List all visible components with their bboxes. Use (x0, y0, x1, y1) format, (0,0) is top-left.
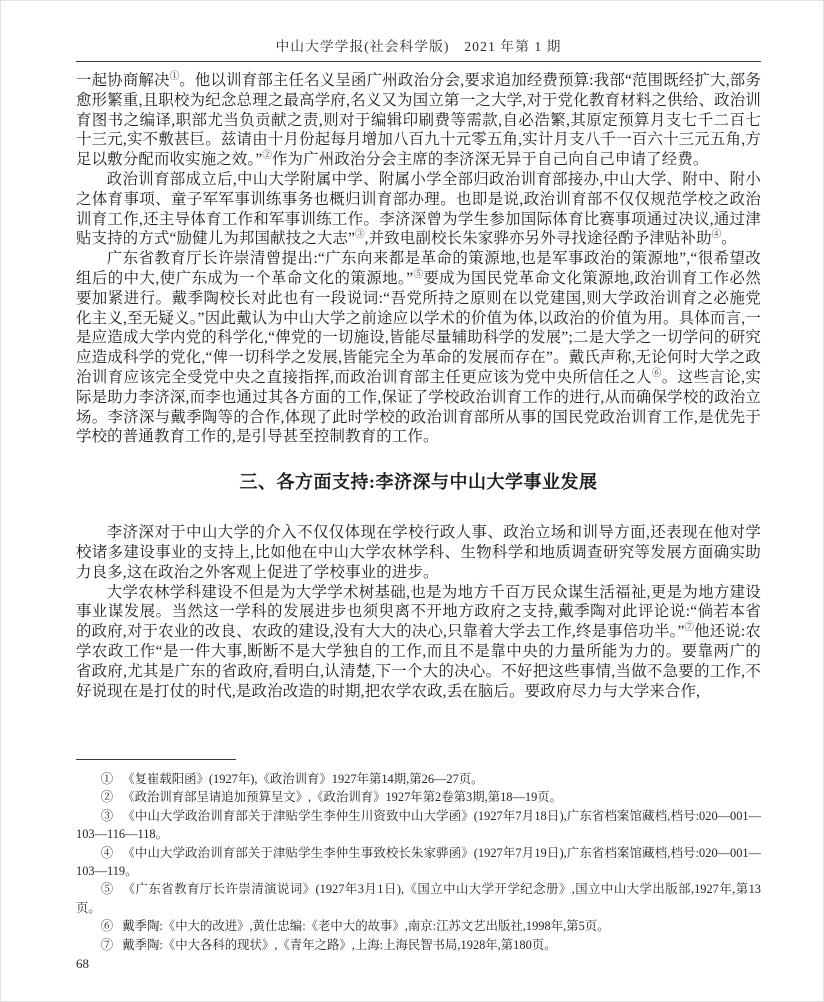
footnote-text: 《中山大学政治训育部关于津贴学生李仲生川资致中山大学函》(1927年7月18日)… (76, 809, 761, 841)
footnote-marker: ⑤ (101, 882, 114, 896)
footnote-item: ⑤《广东省教育厅长许崇清演说词》(1927年3月1日),《国立中山大学开学纪念册… (76, 880, 761, 917)
article-body: 一起协商解决①。他以训育部主任名义呈函广州政治分会,要求追加经费预算:我部“范围… (76, 71, 761, 701)
footnote-item: ④《中山大学政治训育部关于津贴学生李仲生事致校长朱家骅函》(1927年7月19日… (76, 844, 761, 881)
running-head: 中山大学学报(社会科学版) 2021 年第 1 期 (76, 35, 761, 62)
footnote-ref: ② (262, 150, 272, 161)
footnote-divider (76, 759, 236, 760)
footnote-text: 《广东省教育厅长许崇清演说词》(1927年3月1日),《国立中山大学开学纪念册》… (76, 882, 761, 914)
page-number: 68 (76, 956, 89, 972)
footnote-item: ①《复崔载阳函》(1927年),《政治训育》1927年第14期,第26—27页。 (76, 770, 761, 788)
body-paragraph-1: 一起协商解决①。他以训育部主任名义呈函广州政治分会,要求追加经费预算:我部“范围… (76, 71, 761, 170)
footnote-marker: ④ (101, 846, 114, 860)
footnote-area: ①《复崔载阳函》(1927年),《政治训育》1927年第14期,第26—27页。… (76, 735, 761, 954)
header-rule (76, 61, 761, 62)
body-paragraph-3: 广东省教育厅长许崇清曾提出:“广东向来都是革命的策源地,也是军事政治的策源地”,… (76, 249, 761, 447)
section-heading: 三、各方面支持:李济深与中山大学事业发展 (76, 468, 761, 494)
footnote-text: 戴季陶:《中大的改进》,黄仕忠编:《老中大的故事》,南京:江苏文艺出版社,199… (122, 919, 609, 933)
footnote-item: ③《中山大学政治训育部关于津贴学生李仲生川资致中山大学函》(1927年7月18日… (76, 807, 761, 844)
footnote-ref: ④ (712, 229, 722, 240)
body-paragraph-4: 李济深对于中山大学的介入不仅仅体现在学校行政人事、政治立场和训导方面,还表现在他… (76, 523, 761, 582)
footnote-ref: ③ (355, 229, 365, 240)
footnote-text: 戴季陶:《中大各科的现状》,《青年之路》,上海:上海民智书局,1928年,第18… (122, 938, 556, 952)
footnote-ref: ⑥ (652, 368, 662, 379)
footnote-marker: ② (101, 790, 113, 804)
footnote-item: ⑥戴季陶:《中大的改进》,黄仕忠编:《老中大的故事》,南京:江苏文艺出版社,19… (76, 917, 761, 935)
journal-page: 中山大学学报(社会科学版) 2021 年第 1 期 一起协商解决①。他以训育部主… (0, 0, 824, 1002)
footnote-item: ②《政治训育部呈请追加预算呈文》,《政治训育》1927年第2卷第3期,第18—1… (76, 788, 761, 806)
body-paragraph-2: 政治训育部成立后,中山大学附属中学、附属小学全部归政治训育部接办,中山大学、附中… (76, 170, 761, 249)
footnote-ref: ⑤ (413, 269, 423, 280)
footnote-ref: ① (170, 71, 180, 82)
footnote-marker: ⑥ (101, 919, 113, 933)
footnote-marker: ① (101, 772, 113, 786)
footnote-marker: ⑦ (101, 938, 113, 952)
footnote-item: ⑦戴季陶:《中大各科的现状》,《青年之路》,上海:上海民智书局,1928年,第1… (76, 936, 761, 954)
footnote-text: 《中山大学政治训育部关于津贴学生李仲生事致校长朱家骅函》(1927年7月19日)… (76, 846, 761, 878)
footnote-ref: ⑦ (685, 622, 695, 633)
journal-title: 中山大学学报(社会科学版) 2021 年第 1 期 (76, 35, 761, 55)
footnote-text: 《复崔载阳函》(1927年),《政治训育》1927年第14期,第26—27页。 (122, 772, 483, 786)
footnote-text: 《政治训育部呈请追加预算呈文》,《政治训育》1927年第2卷第3期,第18—19… (122, 790, 562, 804)
body-paragraph-5: 大学农林学科建设不但是为大学学术树基础,也是为地方千百万民众谋生活福祉,更是为地… (76, 583, 761, 702)
footnote-marker: ③ (101, 809, 114, 823)
page-content: 中山大学学报(社会科学版) 2021 年第 1 期 一起协商解决①。他以训育部主… (76, 1, 761, 701)
